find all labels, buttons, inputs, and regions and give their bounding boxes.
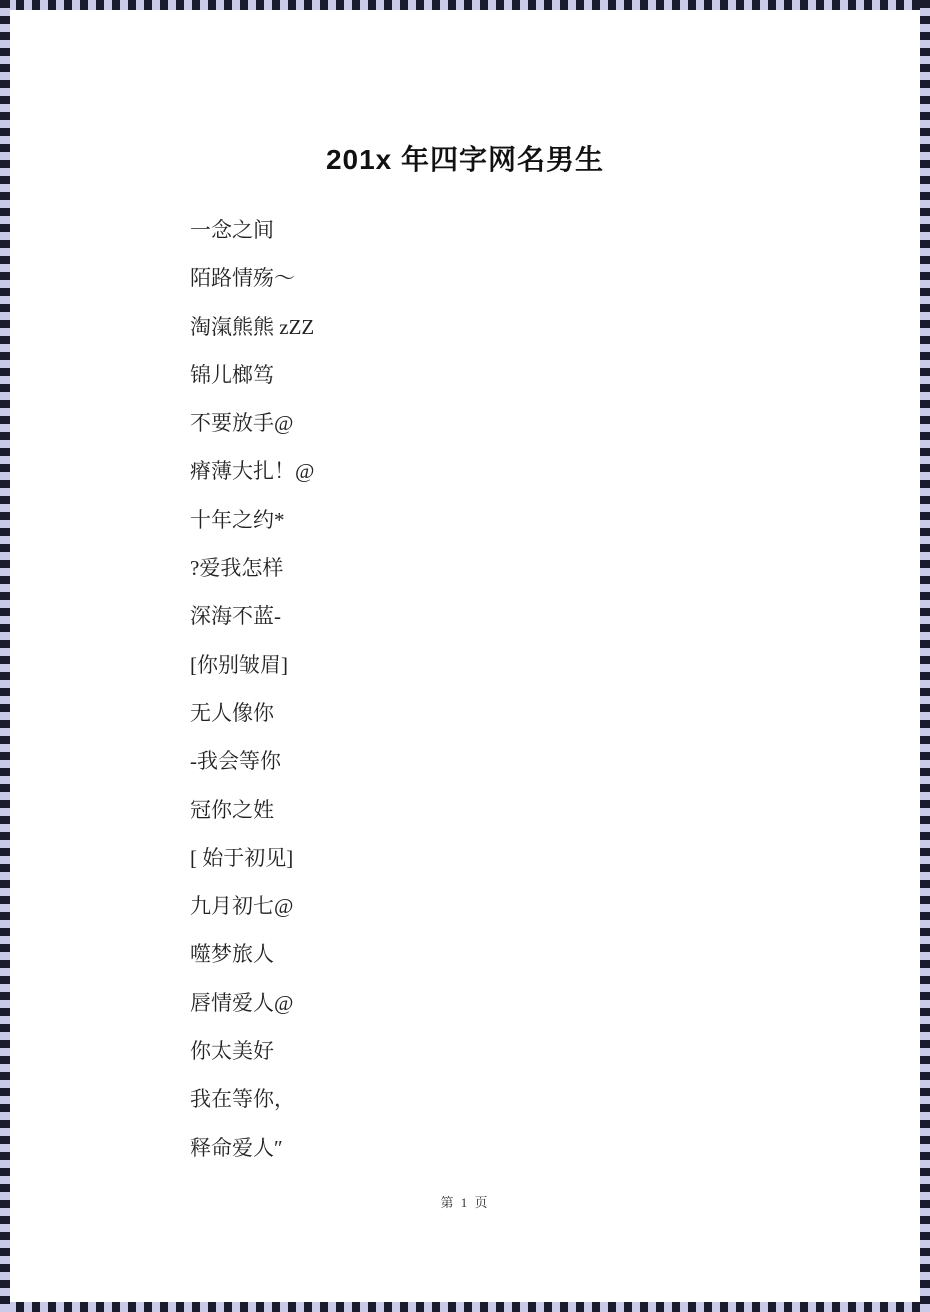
net-name-item: 一念之间 (190, 206, 870, 254)
page-border-left (0, 0, 10, 1312)
net-name-item: 噬梦旅人 (190, 930, 870, 978)
net-name-item: 十年之约* (190, 496, 870, 544)
page-border-bottom (0, 1302, 930, 1312)
document-title: 201x 年四字网名男生 (0, 138, 930, 178)
net-name-item: 冠你之姓 (190, 786, 870, 834)
net-name-item: 释命爱人″ (190, 1124, 870, 1172)
net-name-item: 你太美好 (190, 1027, 870, 1075)
net-name-item: 九月初七@ (190, 882, 870, 930)
net-name-item: 瘠薄大扎！@ (190, 447, 870, 495)
net-name-item: 淘滊熊熊 zZZ (190, 303, 870, 351)
net-name-item: -我会等你 (190, 737, 870, 785)
net-name-item: 不要放手@ (190, 399, 870, 447)
net-name-item: 陌路情殇～ (190, 254, 870, 302)
net-name-item: ?爱我怎样 (190, 544, 870, 592)
net-name-item: [你别皱眉] (190, 641, 870, 689)
page-number: 第 1 页 (0, 1192, 930, 1211)
net-name-item: 锦儿榔笃 (190, 351, 870, 399)
page-border-top (0, 0, 930, 10)
net-name-item: 我在等你， (190, 1075, 870, 1123)
net-name-item: [ 始于初见] (190, 834, 870, 882)
net-name-item: 无人像你 (190, 689, 870, 737)
page-border-right (920, 0, 930, 1312)
net-name-list: 一念之间 陌路情殇～ 淘滊熊熊 zZZ 锦儿榔笃 不要放手@ 瘠薄大扎！@ 十年… (190, 206, 870, 1172)
net-name-item: 深海不蓝- (190, 592, 870, 640)
net-name-item: 唇情爱人@ (190, 979, 870, 1027)
